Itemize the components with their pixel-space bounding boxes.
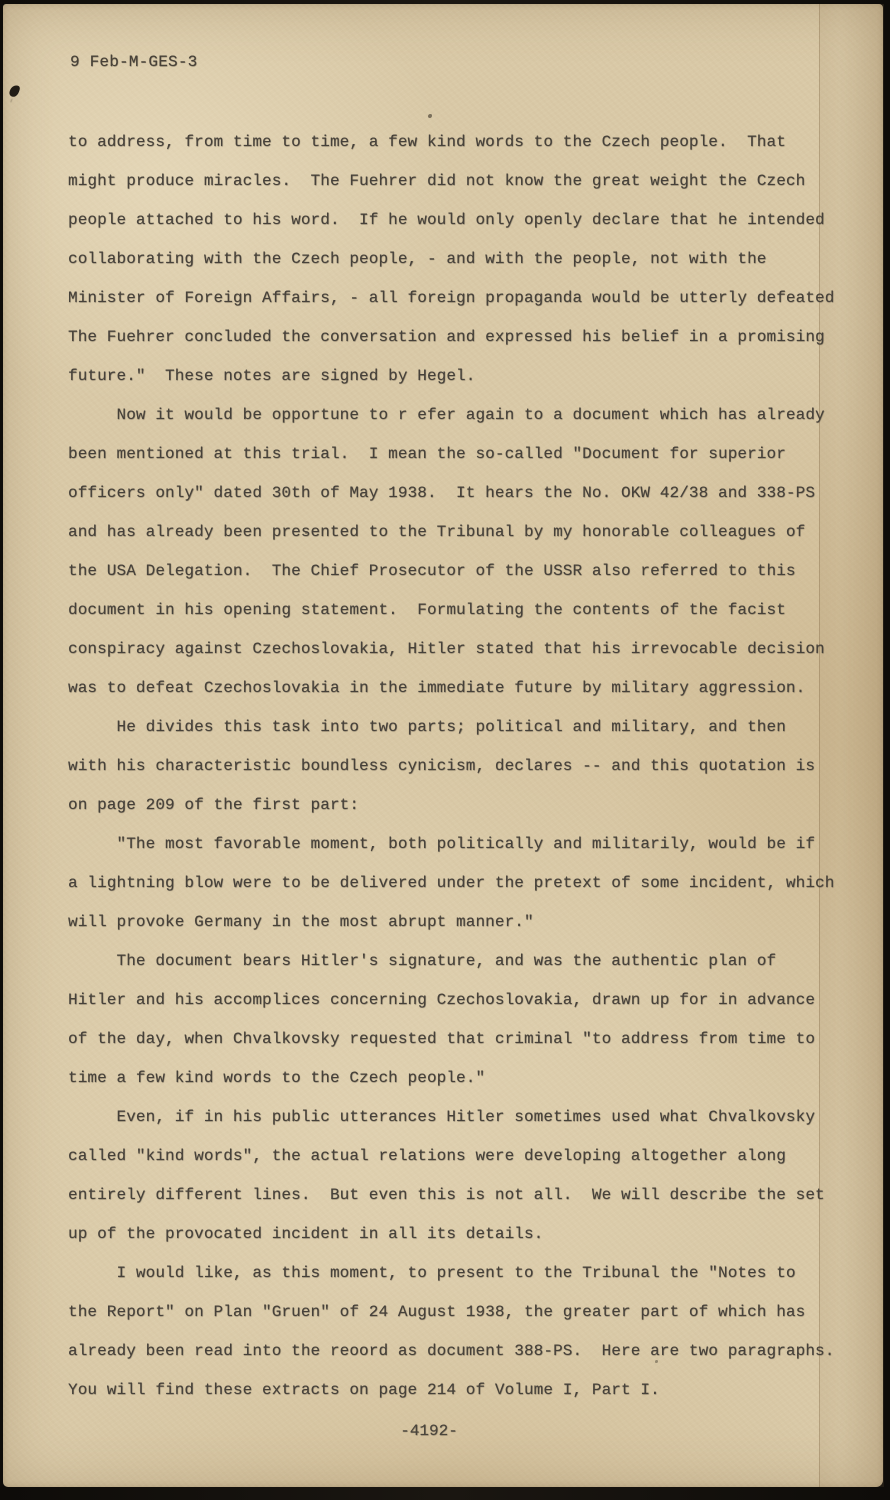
text-line: the USA Delegation. The Chief Prosecutor…	[68, 552, 858, 591]
text-line: been mentioned at this trial. I mean the…	[68, 435, 858, 474]
scanned-page-background: 9 Feb-M-GES-3 to address, from time to t…	[0, 0, 890, 1500]
text-line: might produce miracles. The Fuehrer did …	[68, 162, 858, 201]
text-line: called "kind words", the actual relation…	[68, 1137, 858, 1176]
text-line: He divides this task into two parts; pol…	[68, 708, 858, 747]
paper-sheet: 9 Feb-M-GES-3 to address, from time to t…	[3, 4, 883, 1487]
text-line: a lightning blow were to be delivered un…	[68, 864, 858, 903]
text-line: document in his opening statement. Formu…	[68, 591, 858, 630]
text-line: The Fuehrer concluded the conversation a…	[68, 318, 858, 357]
text-line: the Report" on Plan "Gruen" of 24 August…	[68, 1293, 858, 1332]
text-line: collaborating with the Czech people, - a…	[68, 240, 858, 279]
page-header: 9 Feb-M-GES-3	[70, 53, 197, 71]
text-line: to address, from time to time, a few kin…	[68, 123, 858, 162]
page-number: -4192-	[0, 1412, 869, 1451]
text-line: with his characteristic boundless cynici…	[68, 747, 858, 786]
text-line: Minister of Foreign Affairs, - all forei…	[68, 279, 858, 318]
text-line: The document bears Hitler's signature, a…	[68, 942, 858, 981]
text-line: conspiracy against Czechoslovakia, Hitle…	[68, 630, 858, 669]
text-line: will provoke Germany in the most abrupt …	[68, 903, 858, 942]
text-line: future." These notes are signed by Hegel…	[68, 357, 858, 396]
document-body: to address, from time to time, a few kin…	[68, 123, 858, 1410]
text-line: "The most favorable moment, both politic…	[68, 825, 858, 864]
text-line: time a few kind words to the Czech peopl…	[68, 1059, 858, 1098]
text-line: already been read into the reoord as doc…	[68, 1332, 858, 1371]
text-line: on page 209 of the first part:	[68, 786, 858, 825]
text-line: officers only" dated 30th of May 1938. I…	[68, 474, 858, 513]
text-line: was to defeat Czechoslovakia in the imme…	[68, 669, 858, 708]
text-line: up of the provocated incident in all its…	[68, 1215, 858, 1254]
text-line: of the day, when Chvalkovsky requested t…	[68, 1020, 858, 1059]
paper-speck	[428, 114, 432, 118]
text-line: I would like, as this moment, to present…	[68, 1254, 858, 1293]
text-line: people attached to his word. If he would…	[68, 201, 858, 240]
text-line: You will find these extracts on page 214…	[68, 1371, 858, 1410]
text-line: Even, if in his public utterances Hitler…	[68, 1098, 858, 1137]
ink-blot	[8, 84, 20, 98]
text-line: Now it would be opportune to r efer agai…	[68, 396, 858, 435]
text-line: Hitler and his accomplices concerning Cz…	[68, 981, 858, 1020]
text-line: and has already been presented to the Tr…	[68, 513, 858, 552]
text-line: entirely different lines. But even this …	[68, 1176, 858, 1215]
